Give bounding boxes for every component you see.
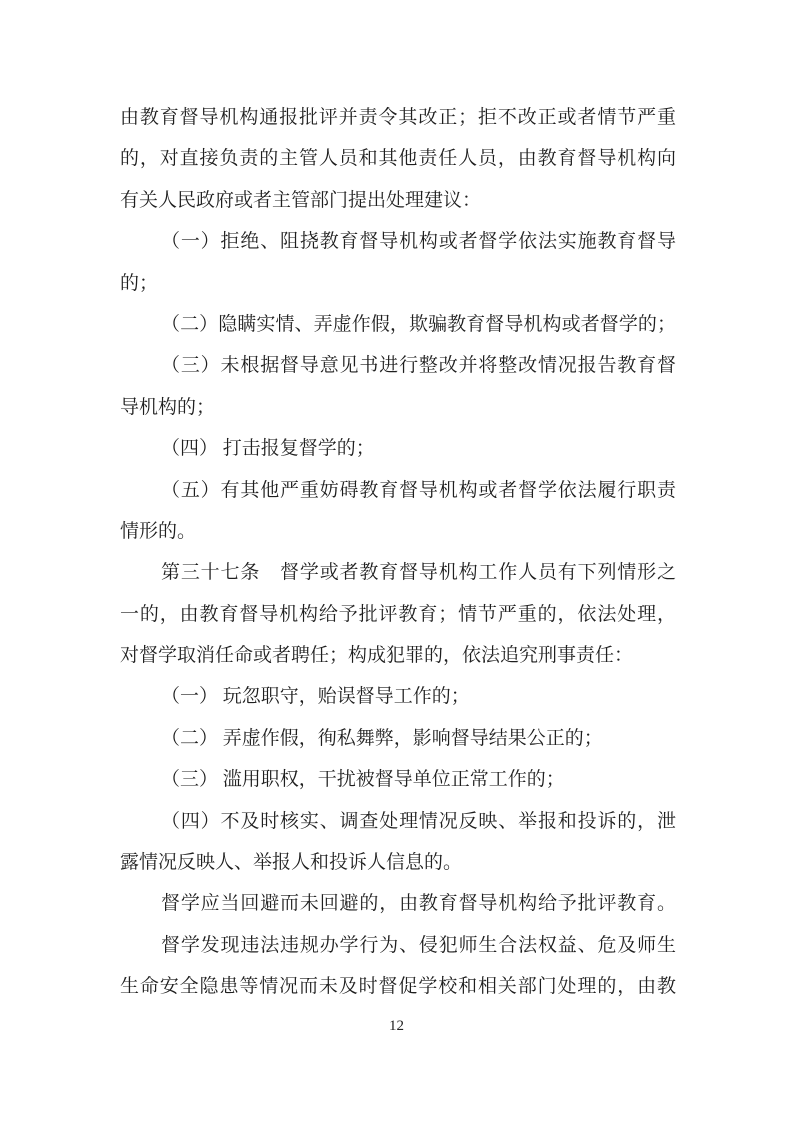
- document-body: 由教育督导机构通报批评并责令其改正；拒不改正或者情节严重 的，对直接负责的主管人…: [120, 97, 676, 1008]
- text-line: （二）隐瞒实情、弄虚作假，欺骗教育督导机构或者督学的；: [120, 304, 676, 345]
- text-line: 有关人民政府或者主管部门提出处理建议：: [120, 180, 676, 221]
- text-line: 督学应当回避而未回避的，由教育督导机构给予批评教育。: [120, 883, 676, 924]
- text-line: （四） 打击报复督学的；: [120, 428, 676, 469]
- text-line: 督学发现违法违规办学行为、侵犯师生合法权益、危及师生: [120, 925, 676, 966]
- text-line: 由教育督导机构通报批评并责令其改正；拒不改正或者情节严重: [120, 97, 676, 138]
- text-line: 生命安全隐患等情况而未及时督促学校和相关部门处理的，由教: [120, 966, 676, 1007]
- text-line: 导机构的；: [120, 387, 676, 428]
- text-line: （五）有其他严重妨碍教育督导机构或者督学依法履行职责: [120, 470, 676, 511]
- text-line: （一） 玩忽职守，贻误督导工作的；: [120, 676, 676, 717]
- text-line: （二） 弄虚作假，徇私舞弊，影响督导结果公正的；: [120, 718, 676, 759]
- page-number: 12: [0, 1018, 793, 1035]
- text-line: 的；: [120, 263, 676, 304]
- text-line: （一）拒绝、阻挠教育督导机构或者督学依法实施教育督导: [120, 221, 676, 262]
- text-line: （三） 滥用职权，干扰被督导单位正常工作的；: [120, 759, 676, 800]
- text-line: 第三十七条 督学或者教育督导机构工作人员有下列情形之: [120, 552, 676, 593]
- text-line: 一的，由教育督导机构给予批评教育；情节严重的，依法处理，: [120, 594, 676, 635]
- text-line: （三）未根据督导意见书进行整改并将整改情况报告教育督: [120, 345, 676, 386]
- text-line: （四）不及时核实、调查处理情况反映、举报和投诉的，泄: [120, 801, 676, 842]
- text-line: 露情况反映人、举报人和投诉人信息的。: [120, 842, 676, 883]
- text-line: 对督学取消任命或者聘任；构成犯罪的，依法追究刑事责任：: [120, 635, 676, 676]
- document-page: 由教育督导机构通报批评并责令其改正；拒不改正或者情节严重 的，对直接负责的主管人…: [0, 0, 793, 1122]
- text-line: 的，对直接负责的主管人员和其他责任人员，由教育督导机构向: [120, 138, 676, 179]
- text-line: 情形的。: [120, 511, 676, 552]
